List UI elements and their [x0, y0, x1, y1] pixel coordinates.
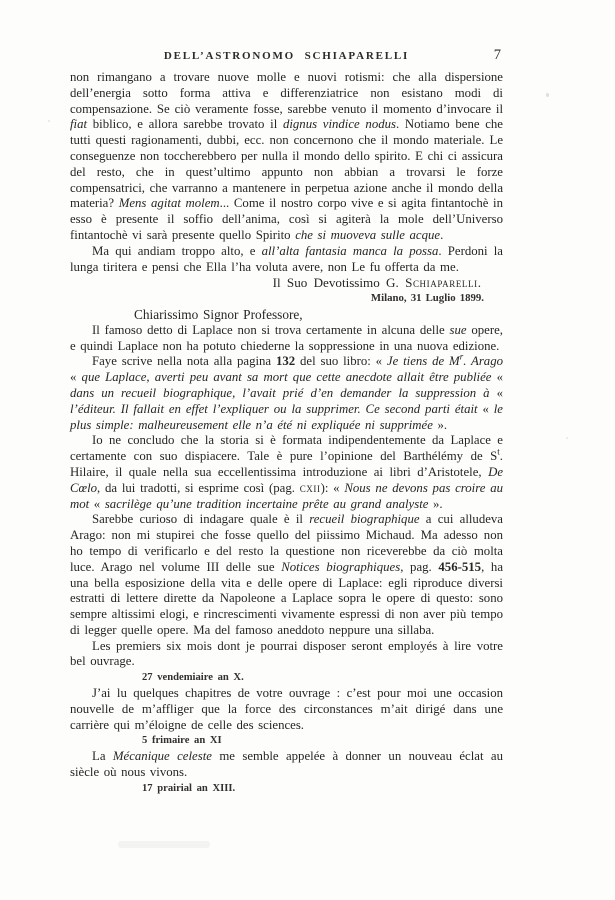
paragraph-faye-quote: Faye scrive nella nota alla pagina 132 d…: [70, 354, 503, 433]
scan-artifact: [118, 841, 210, 848]
paragraph-recueil-biographique: Sarebbe curioso di indagare quale è il r…: [70, 512, 503, 638]
paragraph-ma-qui-andiam: Ma qui andiam troppo alto, e all’alta fa…: [70, 244, 503, 276]
page-number: 7: [494, 47, 501, 64]
scanned-book-page: DELL’ASTRONOMO SCHIAPARELLI 7 non rimang…: [0, 0, 615, 900]
paragraph-opening-continuation: non rimangano a trovare nuove molle e nu…: [70, 70, 503, 244]
page-header: DELL’ASTRONOMO SCHIAPARELLI 7: [70, 50, 503, 68]
paragraph-laplace-detto: Il famoso detto di Laplace non si trova …: [70, 323, 503, 355]
salutation: Chiarissimo Signor Professore,: [70, 307, 503, 323]
running-title: DELL’ASTRONOMO SCHIAPARELLI: [70, 50, 503, 62]
signature-line: Il Suo Devotissimo G. Schiaparelli.: [70, 275, 503, 291]
paragraph-io-ne-concludo: Io ne concludo che la storia si è format…: [70, 433, 503, 512]
paragraph-les-premiers-six-mois: Les premiers six mois dont je pourrai di…: [70, 639, 503, 671]
scan-artifact: [48, 120, 50, 122]
place-date-line: Milano, 31 Luglio 1899.: [70, 291, 503, 307]
dateline-prairial: 17 prairial an XIII.: [70, 781, 503, 797]
dateline-frimaire: 5 frimaire an XI: [70, 733, 503, 749]
text-block: non rimangano a trovare nuove molle e nu…: [70, 70, 503, 797]
paragraph-mecanique-celeste: La Mécanique celeste me semble appelée à…: [70, 749, 503, 781]
dateline-vendemiaire: 27 vendemiaire an X.: [70, 670, 503, 686]
scan-artifact: [566, 437, 568, 439]
paragraph-jai-lu: J’ai lu quelques chapitres de votre ouvr…: [70, 686, 503, 733]
scan-artifact: [546, 93, 549, 97]
